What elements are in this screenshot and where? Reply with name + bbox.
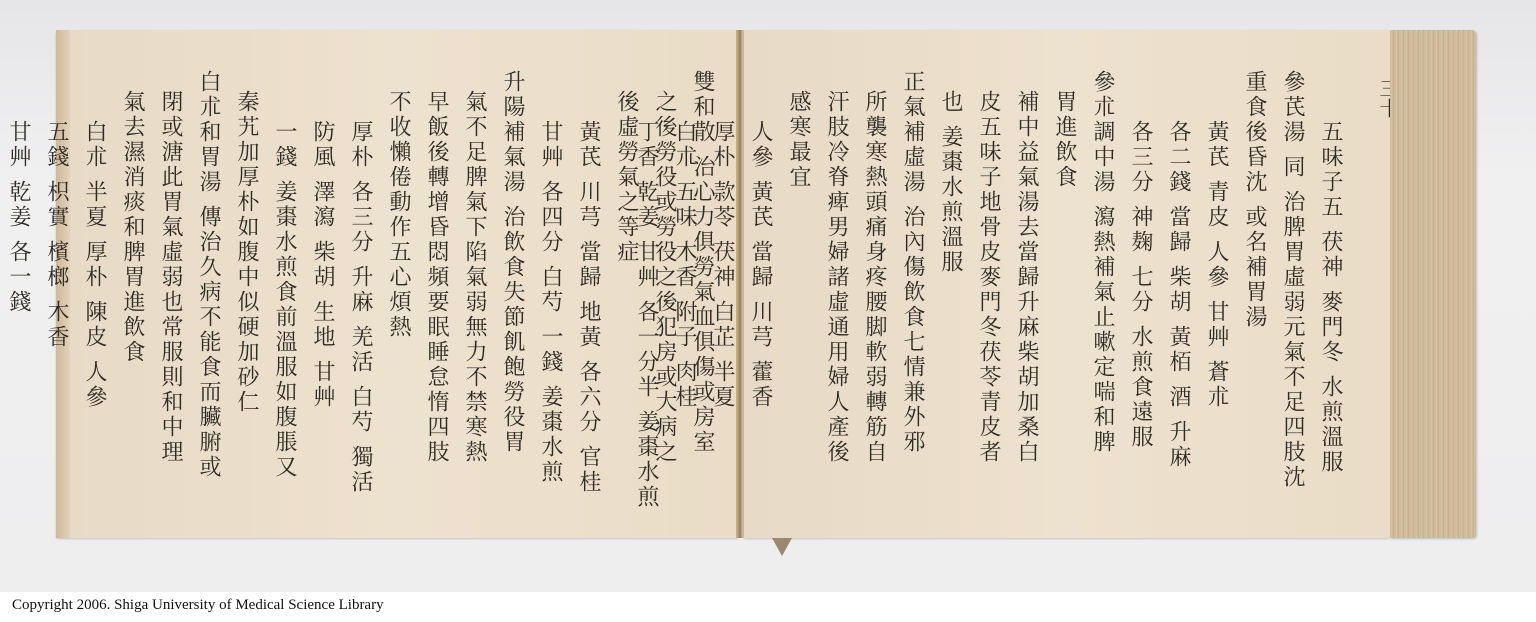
page-edges <box>1390 30 1476 538</box>
text-column: 丁香 乾姜 甘艸 各一分半 姜棗水煎 <box>632 70 660 520</box>
text-column: 甘艸 各四分 白芍 一錢 姜棗水煎 <box>536 70 564 520</box>
text-column: 重食後昏沈 或名補胃湯 <box>1240 70 1268 520</box>
text-column: 秦艽加厚朴如腹中似硬加砂仁 <box>232 70 260 520</box>
text-column: 也 姜棗水煎溫服 <box>936 70 964 520</box>
text-column: 白朮 半夏 厚朴 陳皮 人參 <box>80 70 108 520</box>
text-column: 閉或溏此胃氣虛弱也常服則和中理 <box>156 70 184 520</box>
text-column: 白朮和胃湯 傳治久病不能食而臟腑或 <box>194 70 222 520</box>
text-column: 早飯後轉增昏悶頻要眠睡怠惰四肢 <box>422 70 450 520</box>
text-column: 厚朴 款苓 茯神 白芷 半夏 <box>708 70 736 520</box>
copyright-caption: Copyright 2006. Shiga University of Medi… <box>12 597 384 614</box>
text-column: 感寒最宜 <box>784 70 812 520</box>
left-page-text: 雙和散 治心力俱勞氣血俱傷或房室 之後勞役或勞役之後犯房或大病之 後虛勞氣之等症… <box>96 70 716 520</box>
text-column: 所襲寒熱頭痛身疼腰脚軟弱轉筋自 <box>860 70 888 520</box>
text-column: 參芪湯 同 治脾胃虛弱元氣不足四肢沈 <box>1278 70 1306 520</box>
text-column: 氣去濕消痰和脾胃進飲食 <box>118 70 146 520</box>
text-column: 各三分 神麹 七分 水煎食遠服 <box>1126 70 1154 520</box>
right-page: 五味子五 茯神 麥門冬 水煎溫服 參芪湯 同 治脾胃虛弱元氣不足四肢沈 重食後昏… <box>744 30 1390 538</box>
torn-tab <box>772 538 792 556</box>
text-column: 不收懶倦動作五心煩熱 <box>384 70 412 520</box>
text-column: 厚朴 各三分 升麻 羌活 白芍 獨活 <box>346 70 374 520</box>
text-column: 人參 黃芪 當歸 川芎 藿香 <box>746 70 774 520</box>
text-column: 正氣補虛湯 治內傷飲食七情兼外邪 <box>898 70 926 520</box>
text-column: 一錢 姜棗水煎食前溫服如腹脹又 <box>270 70 298 520</box>
text-column: 防風 澤瀉 柴胡 生地 甘艸 <box>308 70 336 520</box>
text-column: 氣不足脾氣下陷氣弱無力不禁寒熱 <box>460 70 488 520</box>
text-column: 胃進飲食 <box>1050 70 1078 520</box>
text-column: 五味子五 茯神 麥門冬 水煎溫服 <box>1316 70 1344 520</box>
text-column: 汗肢冷脊痺男婦諸虛通用婦人產後 <box>822 70 850 520</box>
open-book: 雙和散 治心力俱勞氣血俱傷或房室 之後勞役或勞役之後犯房或大病之 後虛勞氣之等症… <box>56 30 1476 538</box>
text-column: 甘艸 乾姜 各一錢 <box>4 70 32 520</box>
text-column: 五錢 枳實 檳榔 木香 <box>42 70 70 520</box>
text-column: 黃芪 川芎 當歸 地黃 各六分 官桂 <box>574 70 602 520</box>
right-page-text: 五味子五 茯神 麥門冬 水煎溫服 參芪湯 同 治脾胃虛弱元氣不足四肢沈 重食後昏… <box>764 70 1344 520</box>
text-column: 補中益氣湯去當歸升麻柴胡加桑白 <box>1012 70 1040 520</box>
text-column: 升陽補氣湯 治飲食失節飢飽勞役胃 <box>498 70 526 520</box>
text-column: 各二錢 當歸 柴胡 黃栢 酒 升麻 <box>1164 70 1192 520</box>
text-column: 白朮 五味 木香 附子 肉桂 <box>670 70 698 520</box>
text-column: 皮五味子地骨皮麥門冬茯苓青皮者 <box>974 70 1002 520</box>
text-column: 黃芪 青皮 人參 甘艸 蒼朮 <box>1202 70 1230 520</box>
text-column: 參朮調中湯 瀉熱補氣止嗽定喘和脾 <box>1088 70 1116 520</box>
